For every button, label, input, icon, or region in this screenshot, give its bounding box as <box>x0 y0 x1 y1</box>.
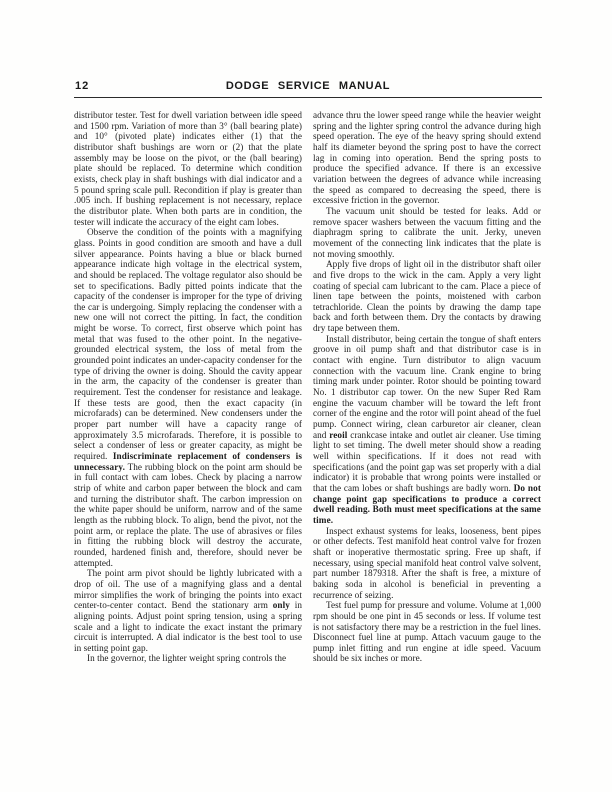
paragraph: Inspect exhaust systems for leaks, loose… <box>313 526 541 601</box>
text-segment: Observe the condition of the points with… <box>74 227 302 461</box>
page-number: 12 <box>75 80 89 92</box>
paragraph: Observe the condition of the points with… <box>74 227 302 568</box>
text-segment: advance thru the lower speed range while… <box>313 110 541 205</box>
text-segment: The vacuum unit should be tested for lea… <box>313 206 541 259</box>
paragraph: distributor tester. Test for dwell varia… <box>74 110 302 227</box>
page-title: DODGE SERVICE MANUAL <box>74 80 542 92</box>
text-segment: Install distributor, being certain the t… <box>313 334 541 440</box>
text-segment: Test fuel pump for pressure and volume. … <box>313 600 541 663</box>
paragraph: Test fuel pump for pressure and volume. … <box>313 600 541 664</box>
bold-text-segment: reoil <box>329 430 347 440</box>
text-segment: distributor tester. Test for dwell varia… <box>74 110 302 227</box>
paragraph: The vacuum unit should be tested for lea… <box>313 206 541 259</box>
page-header: 12 DODGE SERVICE MANUAL <box>74 80 542 95</box>
paragraph: Install distributor, being certain the t… <box>313 334 541 526</box>
text-segment: crankcase intake and outlet air cleaner.… <box>313 430 541 493</box>
header-rule <box>74 97 542 98</box>
text-columns: distributor tester. Test for dwell varia… <box>74 110 542 664</box>
paragraph: In the governor, the lighter weight spri… <box>74 653 302 664</box>
paragraph: Apply five drops of light oil in the dis… <box>313 259 541 334</box>
text-segment: In the governor, the lighter weight spri… <box>87 653 286 663</box>
text-segment: The point arm pivot should be lightly lu… <box>74 568 302 610</box>
manual-page: 12 DODGE SERVICE MANUAL distributor test… <box>0 0 612 792</box>
text-segment: Inspect exhaust systems for leaks, loose… <box>313 526 541 600</box>
paragraph: The point arm pivot should be lightly lu… <box>74 568 302 653</box>
text-segment: Apply five drops of light oil in the dis… <box>313 259 541 333</box>
bold-text-segment: only <box>273 600 290 610</box>
page-content: 12 DODGE SERVICE MANUAL distributor test… <box>74 80 542 664</box>
right-column: advance thru the lower speed range while… <box>313 110 541 664</box>
left-column: distributor tester. Test for dwell varia… <box>74 110 302 664</box>
paragraph: advance thru the lower speed range while… <box>313 110 541 206</box>
text-segment: The rubbing block on the point arm shoul… <box>74 462 302 568</box>
